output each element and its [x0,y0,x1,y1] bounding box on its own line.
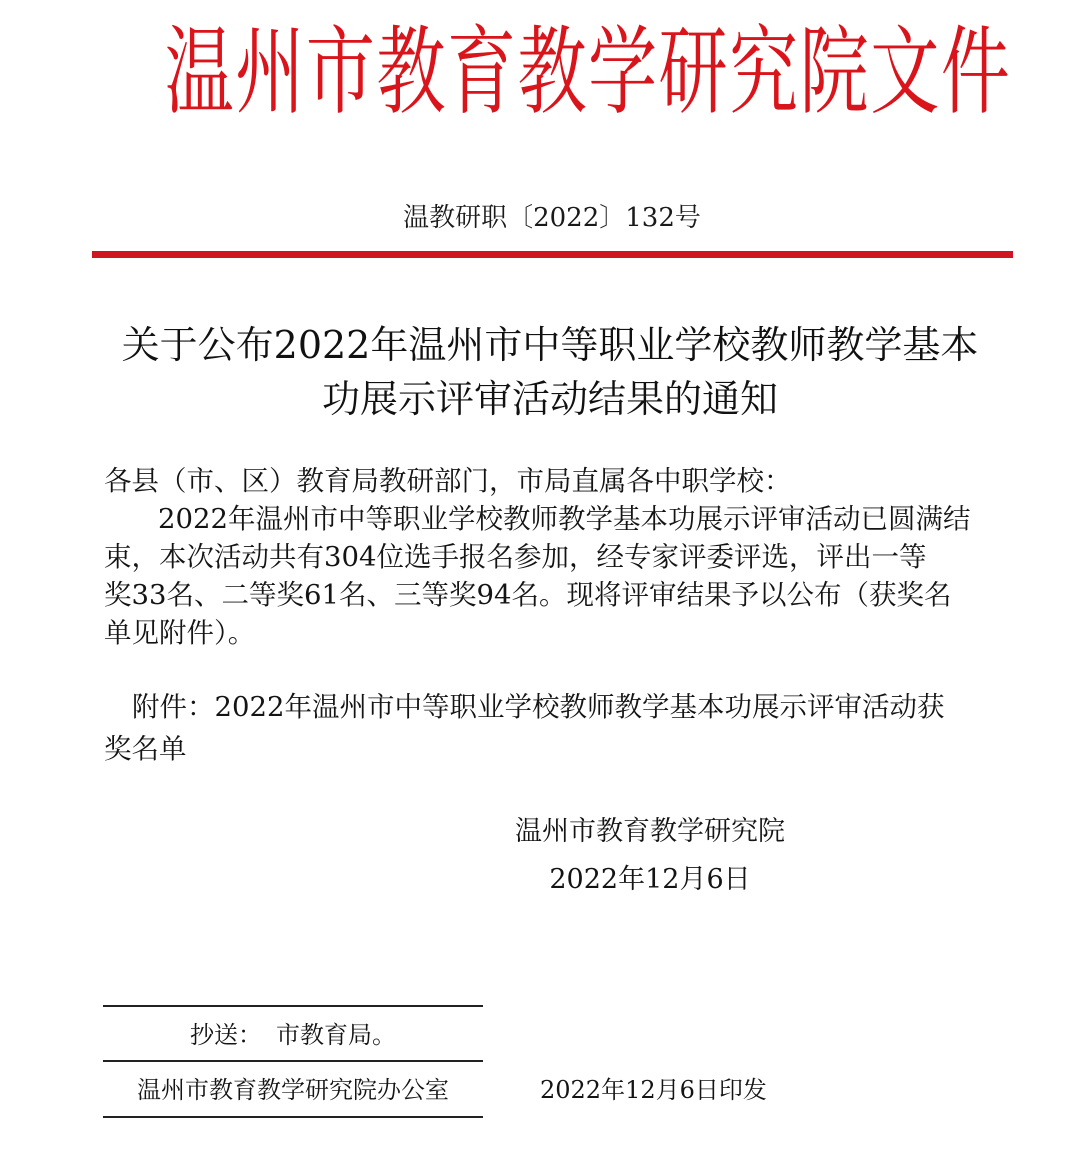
attachment-note: 附件：2022年温州市中等职业学校教师教学基本功展示评审活动获 奖名单 [104,686,1004,770]
signature-block: 温州市教育教学研究院 2022年12月6日 [480,808,820,904]
attachment-line-2: 奖名单 [104,728,1004,770]
footer-rule-top [103,1005,483,1007]
masthead-title: 温州市教育教学研究院文件 [165,12,1012,132]
paragraph-line-2: 束，本次活动共有304位选手报名参加，经专家评委评选，评出一等 [104,538,1004,576]
notice-title: 关于公布2022年温州市中等职业学校教师教学基本 功展示评审活动结果的通知 [100,318,1000,426]
title-line-1: 关于公布2022年温州市中等职业学校教师教学基本 [100,318,1000,372]
signature-issuer: 温州市教育教学研究院 [480,808,820,856]
notice-body: 各县（市、区）教育局教研部门，市局直属各中职学校： 2022年温州市中等职业学校… [104,462,1004,652]
issuing-office: 温州市教育教学研究院办公室 [103,1066,483,1114]
document-number: 温教研职〔2022〕132号 [0,198,1080,238]
signature-date: 2022年12月6日 [480,856,820,904]
footer-rule-middle [103,1060,483,1062]
salutation: 各县（市、区）教育局教研部门，市局直属各中职学校： [104,462,1004,500]
cc-label: 抄送： [190,1021,262,1049]
paragraph-line-1: 2022年温州市中等职业学校教师教学基本功展示评审活动已圆满结 [104,500,1004,538]
title-line-2: 功展示评审活动结果的通知 [100,372,1000,426]
paragraph-line-4: 单见附件）。 [104,614,1004,652]
masthead: 温州市教育教学研究院文件 [0,12,1080,132]
footer-rule-bottom [103,1116,483,1118]
print-date: 2022年12月6日印发 [540,1066,767,1114]
attachment-line-1: 附件：2022年温州市中等职业学校教师教学基本功展示评审活动获 [104,686,1004,728]
red-divider [92,251,1013,258]
cc-value: 市教育局。 [276,1021,396,1049]
paragraph-line-3: 奖33名、二等奖61名、三等奖94名。现将评审结果予以公布（获奖名 [104,576,1004,614]
cc-row: 抄送：市教育局。 [103,1012,483,1058]
